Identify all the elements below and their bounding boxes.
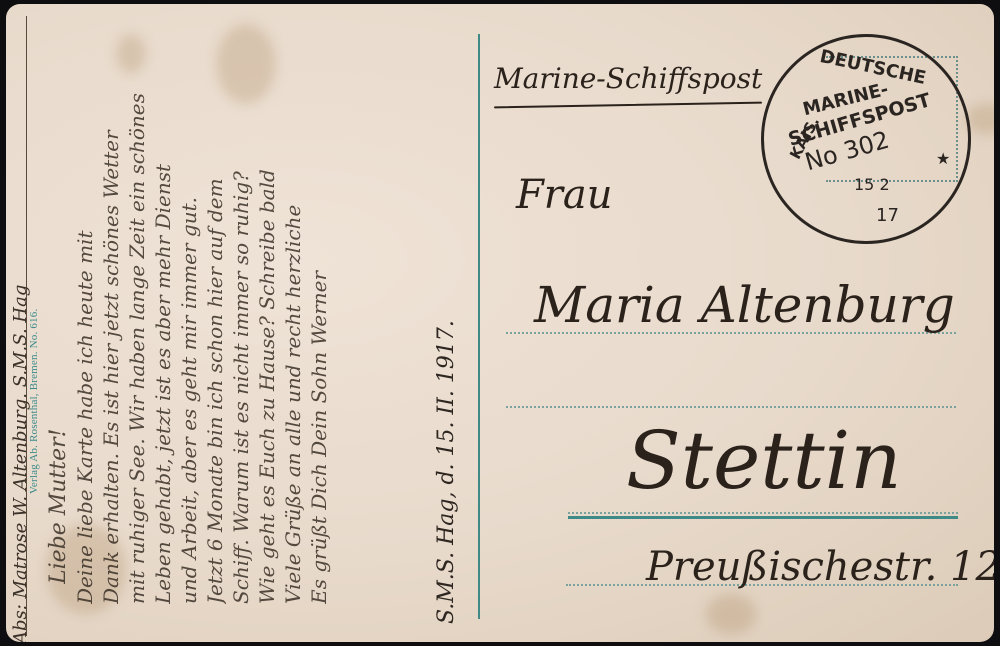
postcard: Verlag Ab. Rosenthal, Bremen. No. 616. A… xyxy=(6,4,994,642)
address-salutation: Frau xyxy=(516,172,612,218)
address-city: Stettin xyxy=(626,414,902,507)
letter-dateline: S.M.S. Hag, d. 15. II. 1917. xyxy=(434,320,459,624)
city-underline xyxy=(568,516,958,519)
letter-line: Wie geht es Euch zu Hause? Schreibe bald xyxy=(254,44,280,604)
letter-line: und Arbeit, aber es geht mir immer gut. xyxy=(176,44,202,604)
letter-line: Schiff. Warum ist es nicht immer so ruhi… xyxy=(228,44,254,604)
sender-line: Abs: Matrose W. Altenburg. S.M.S. Hag xyxy=(10,285,31,642)
center-divider-line xyxy=(478,34,480,619)
stain xyxy=(706,594,756,634)
address-name: Maria Altenburg xyxy=(534,276,955,334)
star-icon: ★ xyxy=(936,149,950,168)
street-name: Preußischestr. 12 xyxy=(646,544,994,590)
address-header-underline xyxy=(494,102,762,109)
letter-line: Jetzt 6 Monate bin ich schon hier auf de… xyxy=(202,44,228,604)
letter-line: mit ruhiger See. Wir haben lange Zeit ei… xyxy=(124,44,150,604)
address-dotted-line xyxy=(506,406,956,408)
postmark-year: 17 xyxy=(876,205,899,226)
address-dotted-line xyxy=(568,512,958,514)
address-header: Marine-Schiffspost xyxy=(494,62,762,95)
letter-greeting: Liebe Mutter! xyxy=(46,44,72,584)
letter-line: Leben gehabt, jetzt ist es aber mehr Die… xyxy=(150,44,176,604)
postmark-date: 15 2 xyxy=(854,175,890,194)
letter-body: Liebe Mutter! Deine liebe Karte habe ich… xyxy=(46,44,332,604)
letter-line: Es grüßt Dich Dein Sohn Werner xyxy=(306,44,332,604)
letter-line: Dank erhalten. Es ist hier jetzt schönes… xyxy=(98,44,124,604)
address-street: Preußischestr. 12 III xyxy=(646,544,994,590)
letter-line: Viele Grüße an alle und recht herzliche xyxy=(280,44,306,604)
postmark-cancel: KAIS. DEUTSCHE MARINE- SCHIFFSPOST No 30… xyxy=(761,34,971,244)
letter-line: Deine liebe Karte habe ich heute mit xyxy=(72,44,98,604)
